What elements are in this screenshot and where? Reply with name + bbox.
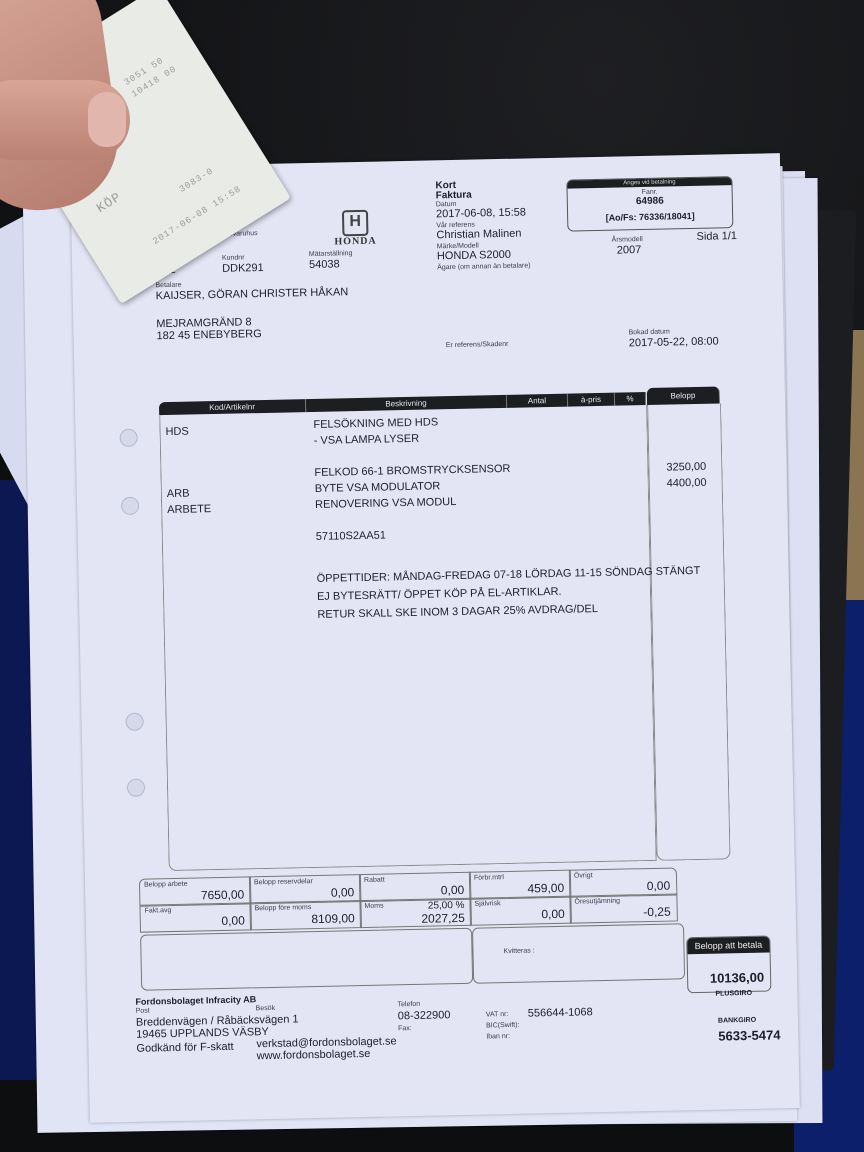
- footer-company-name: Fordonsbolaget Infracity AB: [135, 994, 256, 1007]
- owner-label: Ägare (om annan än betalare): [437, 262, 531, 271]
- footer-bankgiro-number: 5633-5474: [718, 1027, 780, 1043]
- row-code: ARBETE: [167, 503, 211, 516]
- vat-label: Moms: [364, 903, 383, 910]
- booked-date-value: 2017-05-22, 08:00: [629, 335, 719, 349]
- discount-value: 0,00: [441, 883, 465, 897]
- payer-label: Betalare: [155, 282, 181, 290]
- signature-box: Kvitteras :: [472, 923, 685, 983]
- discount-label: Rabatt: [364, 877, 385, 884]
- footer-post-label: Post: [136, 1008, 150, 1015]
- pre-vat-label: Belopp före moms: [254, 904, 311, 912]
- footer-vat-number: 556644-1068: [528, 1006, 593, 1019]
- our-reference-value: Christian Malinen: [436, 228, 521, 242]
- row-description: 57110S2AA51: [316, 529, 386, 542]
- mileage-value: 54038: [309, 258, 340, 271]
- pre-vat-value: 8109,00: [311, 911, 355, 926]
- vat-rate: 25,00 %: [428, 900, 465, 912]
- row-description: - VSA LAMPA LYSER: [314, 433, 420, 447]
- labor-value: 7650,00: [201, 888, 245, 903]
- column-header-amount: Belopp: [647, 386, 720, 405]
- consumables-label: Förbr.mtrl: [474, 874, 504, 882]
- honda-h-icon: H: [342, 210, 369, 237]
- other-value: 0,00: [647, 879, 671, 893]
- footer-fax-label: Fax:: [398, 1025, 412, 1032]
- model-year-label: Årsmodell: [612, 236, 643, 244]
- footer-phone: 08-322900: [398, 1009, 451, 1022]
- rounding-cell: Öresutjämning-0,25: [569, 893, 678, 923]
- model-year-value: 2007: [617, 244, 642, 257]
- mileage-label: Mätarställning: [309, 250, 353, 258]
- footer-phone-label: Telefon: [398, 1001, 421, 1008]
- column-header-percent: %: [615, 392, 646, 406]
- punch-dent: [119, 429, 137, 447]
- footer-city: 19465 UPPLANDS VÄSBY: [136, 1026, 269, 1041]
- vat-value: 2027,25: [421, 911, 465, 926]
- footer-bic-label: BIC(Swift):: [486, 1022, 520, 1030]
- receipt-line: 3083-0: [178, 166, 216, 195]
- footer-visit-label: Besök: [256, 1005, 276, 1012]
- date-value: 2017-06-08, 15:58: [436, 206, 526, 220]
- rounding-label: Öresutjämning: [574, 898, 620, 906]
- punch-dent: [125, 713, 143, 731]
- row-code: ARB: [167, 488, 190, 500]
- invoice-no-value: 64986: [568, 194, 732, 208]
- footer-bankgiro-label: BANKGIRO: [718, 1017, 756, 1025]
- other-label: Övrigt: [574, 872, 593, 879]
- fee-label: Fakt.avg: [145, 907, 172, 915]
- amount-due-label: Belopp att betala: [687, 937, 769, 955]
- footer-iban-label: Iban nr:: [486, 1033, 510, 1040]
- fee-value: 0,00: [221, 914, 245, 928]
- parts-label: Belopp reservdelar: [254, 878, 313, 886]
- punch-dent: [127, 779, 145, 797]
- column-header-quantity: Antal: [507, 394, 568, 408]
- amount-due-box: Belopp att betala 10136,00: [686, 936, 771, 994]
- brand-name: HONDA: [333, 236, 377, 248]
- rounding-value: -0,25: [643, 905, 671, 920]
- vat-cell: Moms 25,00 % 2027,25: [359, 898, 472, 928]
- labor-label: Belopp arbete: [144, 881, 188, 889]
- payer-address-line2: 182 45 ENEBYBERG: [156, 328, 261, 342]
- column-header-unit-price: à-pris: [568, 393, 615, 407]
- signature-box-left: [140, 928, 473, 991]
- thumbnail: [88, 92, 126, 147]
- deductible-value: 0,00: [541, 907, 565, 921]
- deductible-cell: Självrisk0,00: [469, 896, 572, 926]
- row-code: HDS: [165, 426, 188, 438]
- invoice-page: get sdovaruhus H HONDA 291 Kundnr DDK291…: [70, 153, 800, 1123]
- honda-logo: H HONDA: [333, 210, 378, 249]
- payer-name: KAIJSER, GÖRAN CHRISTER HÅKAN: [156, 286, 349, 302]
- fee-cell: Fakt.avg0,00: [139, 902, 252, 932]
- ao-fs-reference: [Ao/Fs: 76336/18041]: [568, 210, 732, 223]
- footer-tax-status: Godkänd för F-skatt: [136, 1041, 233, 1055]
- pre-vat-cell: Belopp före moms8109,00: [249, 900, 362, 930]
- receipt-signature-label: Kvitteras :: [503, 947, 534, 955]
- receipt-line: KÖP: [94, 189, 124, 216]
- footer-website: www.fordonsbolaget.se: [257, 1048, 371, 1062]
- document-type-line2: Faktura: [436, 190, 472, 202]
- amount-due-value: 10136,00: [710, 970, 765, 986]
- booked-date-label: Bokad datum: [629, 328, 670, 336]
- footer-plusgiro-label: PLUSGIRO: [715, 990, 752, 998]
- kundnr-value: DDK291: [222, 262, 264, 275]
- row-amount: 3250,00: [666, 461, 706, 474]
- your-reference-label: Er referens/Skadenr: [446, 341, 509, 349]
- payment-reference-box: Anges vid betalning Fanr. 64986 [Ao/Fs: …: [566, 176, 733, 231]
- page-number: Sida 1/1: [696, 230, 737, 243]
- deductible-label: Självrisk: [474, 900, 500, 908]
- row-amount: 4400,00: [667, 477, 707, 490]
- parts-value: 0,00: [331, 885, 355, 899]
- kundnr-label: Kundnr: [222, 254, 245, 261]
- footer-vat-label: VAT nr:: [486, 1011, 509, 1018]
- punch-dent: [121, 497, 139, 515]
- consumables-value: 459,00: [527, 881, 564, 896]
- make-model-value: HONDA S2000: [437, 249, 511, 263]
